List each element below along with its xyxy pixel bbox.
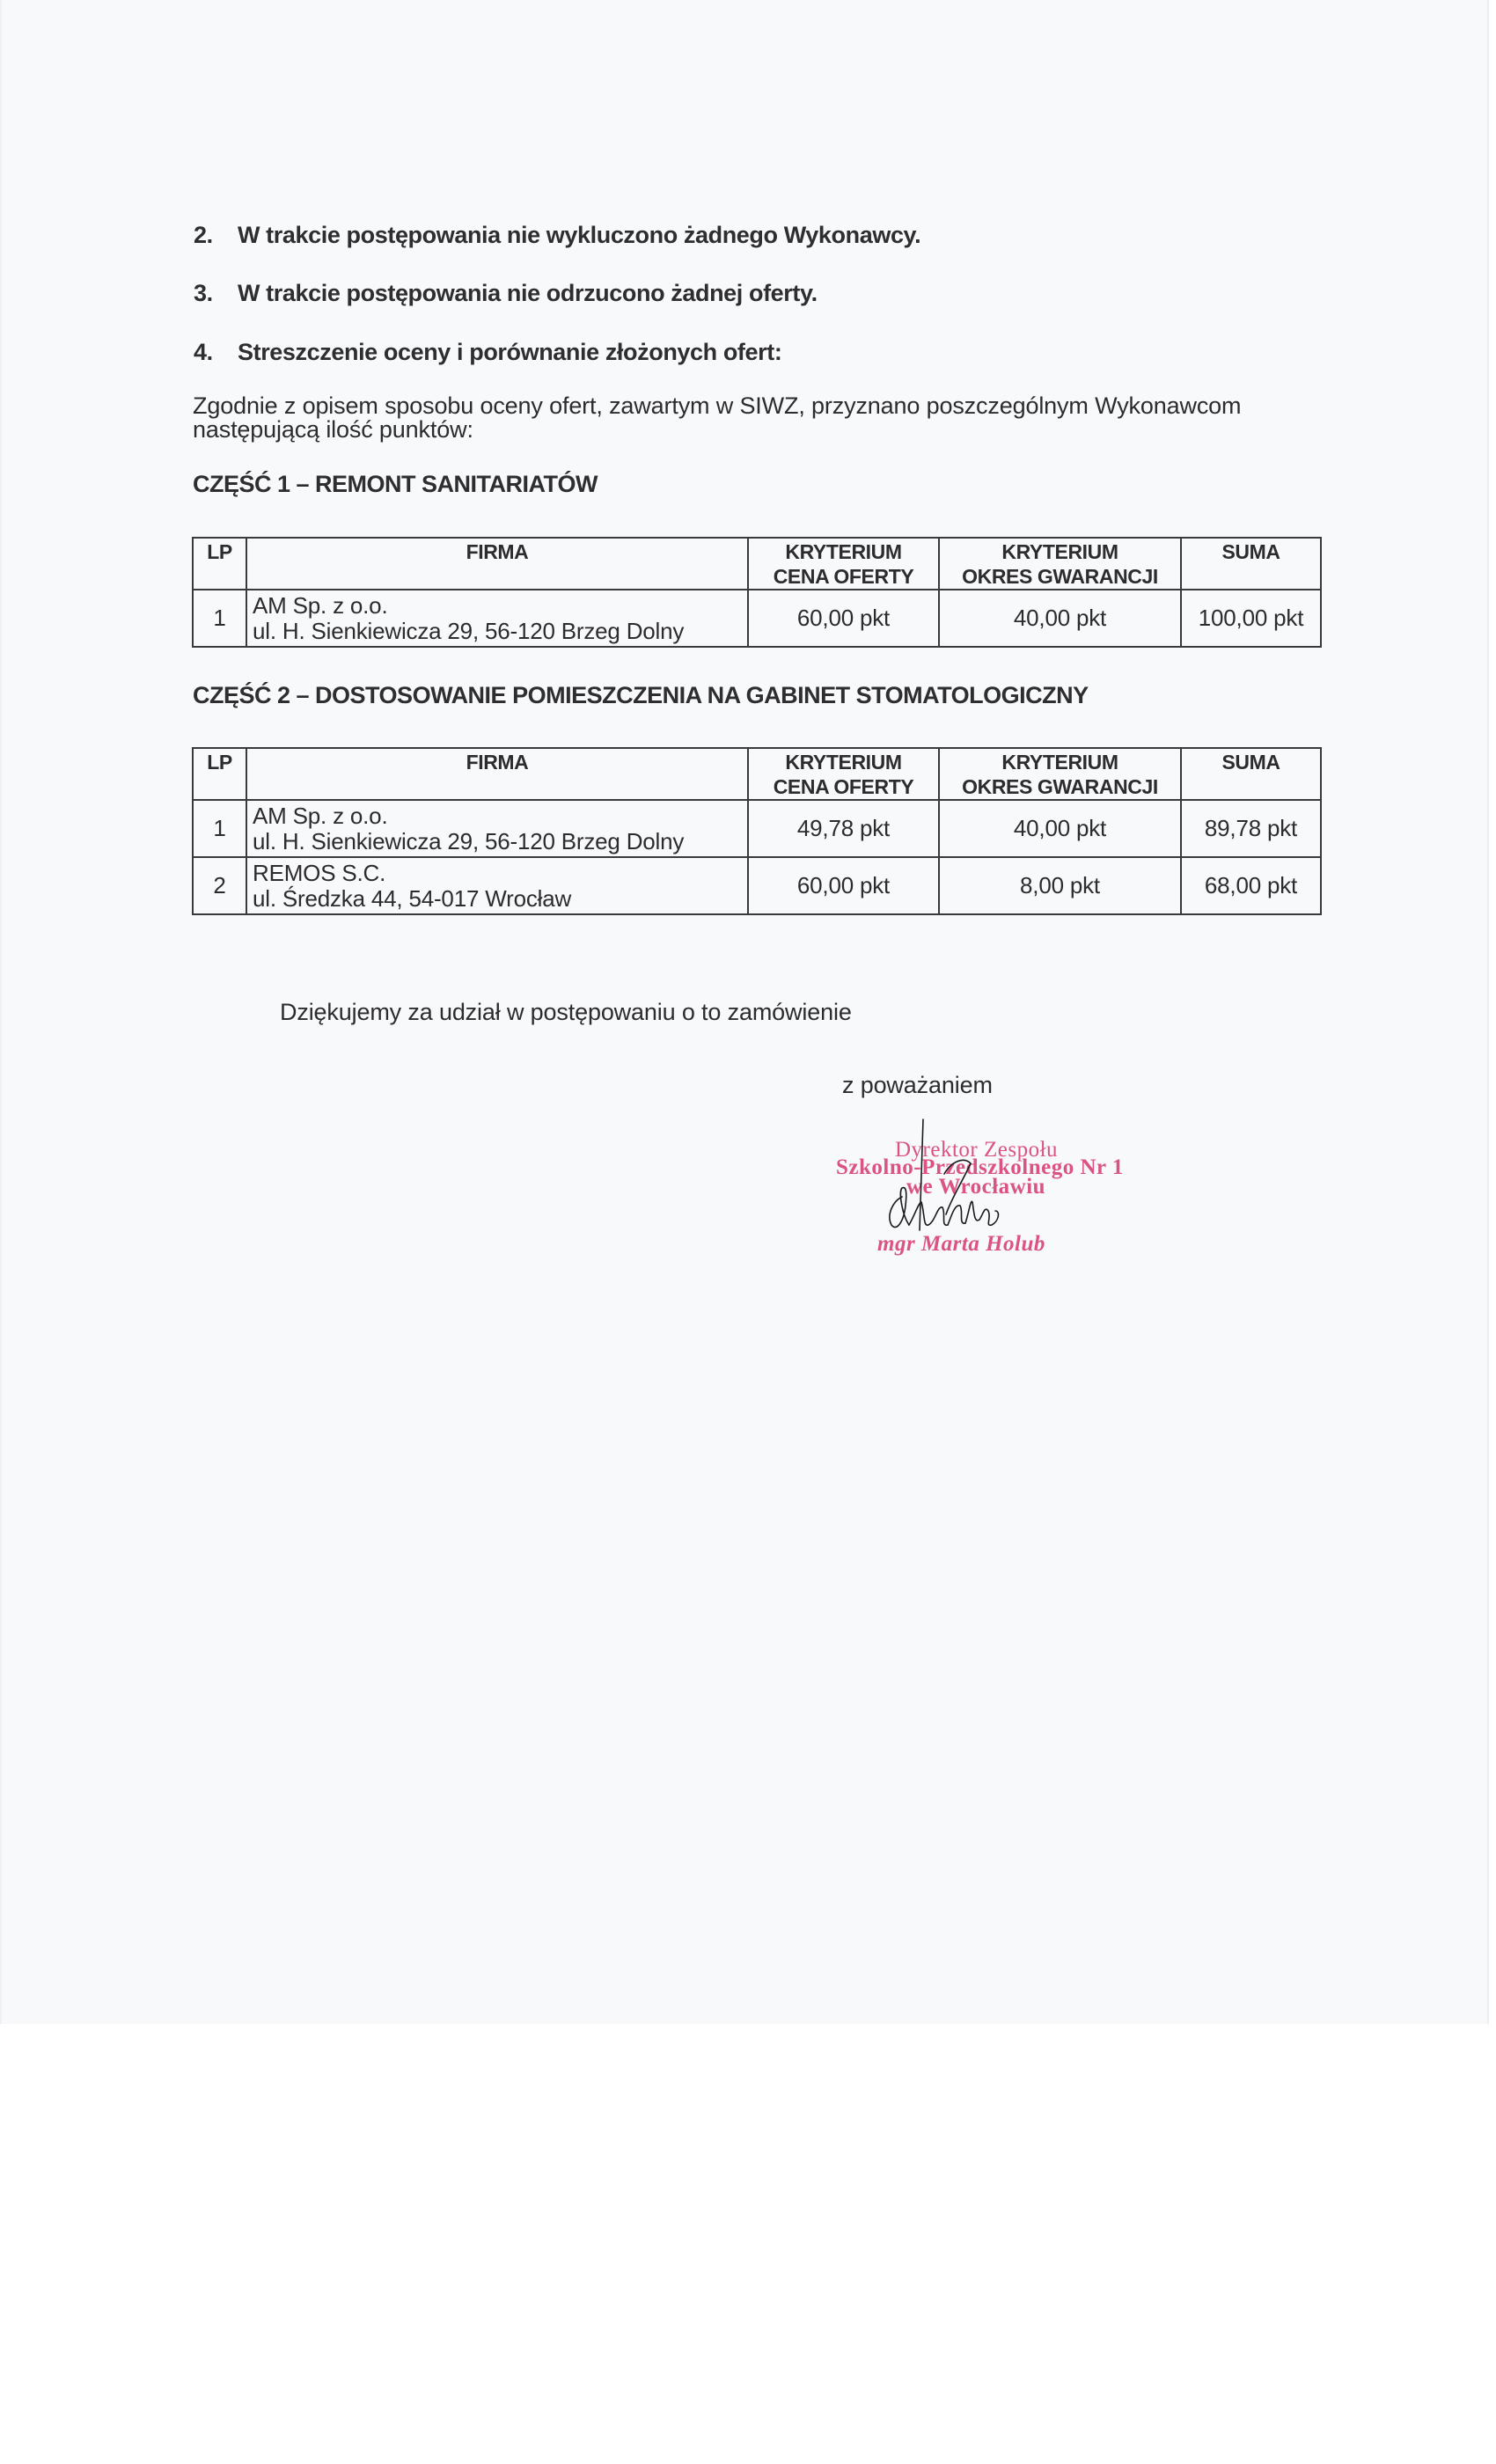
header-okres-gwarancji: KRYTERIUM OKRES GWARANCJI (939, 748, 1181, 800)
intro-paragraph: Zgodnie z opisem sposobu oceny ofert, za… (193, 394, 1306, 442)
header-suma: SUMA (1181, 748, 1321, 800)
cell-suma: 100,00 pkt (1181, 590, 1321, 647)
intro-paragraph-line: następującą ilość punktów: (193, 418, 1306, 442)
header-line: OKRES GWARANCJI (962, 565, 1158, 588)
cell-cena-oferty: 60,00 pkt (748, 590, 939, 647)
firm-name: AM Sp. z o.o. (253, 593, 747, 619)
table-row: 1 AM Sp. z o.o. ul. H. Sienkiewicza 29, … (193, 590, 1321, 647)
list-item-text: Streszczenie oceny i porównanie złożonyc… (238, 339, 781, 366)
firm-address: ul. H. Sienkiewicza 29, 56-120 Brzeg Dol… (253, 619, 747, 644)
cell-suma: 68,00 pkt (1181, 857, 1321, 914)
header-line: KRYTERIUM (785, 751, 901, 774)
list-item-text: W trakcie postępowania nie wykluczono ża… (238, 222, 920, 249)
cell-okres-gwarancji: 40,00 pkt (939, 590, 1181, 647)
cell-cena-oferty: 60,00 pkt (748, 857, 939, 914)
list-item-number: 2. (194, 222, 213, 249)
header-lp: LP (193, 748, 246, 800)
firm-name: AM Sp. z o.o. (253, 803, 747, 829)
table-row: 1 AM Sp. z o.o. ul. H. Sienkiewicza 29, … (193, 800, 1321, 857)
header-line: KRYTERIUM (1001, 540, 1118, 563)
header-firma: FIRMA (246, 538, 748, 590)
cell-firma: AM Sp. z o.o. ul. H. Sienkiewicza 29, 56… (246, 590, 748, 647)
firm-name: REMOS S.C. (253, 861, 747, 886)
table-row: 2 REMOS S.C. ul. Średzka 44, 54-017 Wroc… (193, 857, 1321, 914)
cell-okres-gwarancji: 40,00 pkt (939, 800, 1181, 857)
header-cena-oferty: KRYTERIUM CENA OFERTY (748, 538, 939, 590)
closing-thanks: Dziękujemy za udział w postępowaniu o to… (280, 999, 852, 1026)
list-item-text: W trakcie postępowania nie odrzucono żad… (238, 280, 818, 307)
cell-firma: REMOS S.C. ul. Średzka 44, 54-017 Wrocła… (246, 857, 748, 914)
firm-address: ul. Średzka 44, 54-017 Wrocław (253, 886, 747, 912)
header-suma: SUMA (1181, 538, 1321, 590)
header-cena-oferty: KRYTERIUM CENA OFERTY (748, 748, 939, 800)
cell-lp: 1 (193, 590, 246, 647)
cell-okres-gwarancji: 8,00 pkt (939, 857, 1181, 914)
cell-firma: AM Sp. z o.o. ul. H. Sienkiewicza 29, 56… (246, 800, 748, 857)
part-2-results-table: LP FIRMA KRYTERIUM CENA OFERTY KRYTERIUM… (192, 747, 1322, 915)
header-line: OKRES GWARANCJI (962, 775, 1158, 798)
cell-cena-oferty: 49,78 pkt (748, 800, 939, 857)
header-line: CENA OFERTY (774, 565, 914, 588)
list-item-number: 3. (194, 280, 213, 307)
header-lp: LP (193, 538, 246, 590)
table-header-row: LP FIRMA KRYTERIUM CENA OFERTY KRYTERIUM… (193, 748, 1321, 800)
header-line: KRYTERIUM (1001, 751, 1118, 774)
header-line: KRYTERIUM (785, 540, 901, 563)
table-header-row: LP FIRMA KRYTERIUM CENA OFERTY KRYTERIUM… (193, 538, 1321, 590)
cell-suma: 89,78 pkt (1181, 800, 1321, 857)
header-firma: FIRMA (246, 748, 748, 800)
intro-paragraph-line: Zgodnie z opisem sposobu oceny ofert, za… (193, 394, 1306, 418)
closing-regards: z poważaniem (842, 1072, 993, 1099)
cell-lp: 1 (193, 800, 246, 857)
header-line: CENA OFERTY (774, 775, 914, 798)
part-1-title: CZĘŚĆ 1 – REMONT SANITARIATÓW (193, 471, 598, 498)
handwritten-signature (867, 1118, 1025, 1241)
list-item-number: 4. (194, 339, 213, 366)
header-okres-gwarancji: KRYTERIUM OKRES GWARANCJI (939, 538, 1181, 590)
cell-lp: 2 (193, 857, 246, 914)
firm-address: ul. H. Sienkiewicza 29, 56-120 Brzeg Dol… (253, 829, 747, 854)
part-1-results-table: LP FIRMA KRYTERIUM CENA OFERTY KRYTERIUM… (192, 537, 1322, 648)
part-2-title: CZĘŚĆ 2 – DOSTOSOWANIE POMIESZCZENIA NA … (193, 682, 1089, 709)
